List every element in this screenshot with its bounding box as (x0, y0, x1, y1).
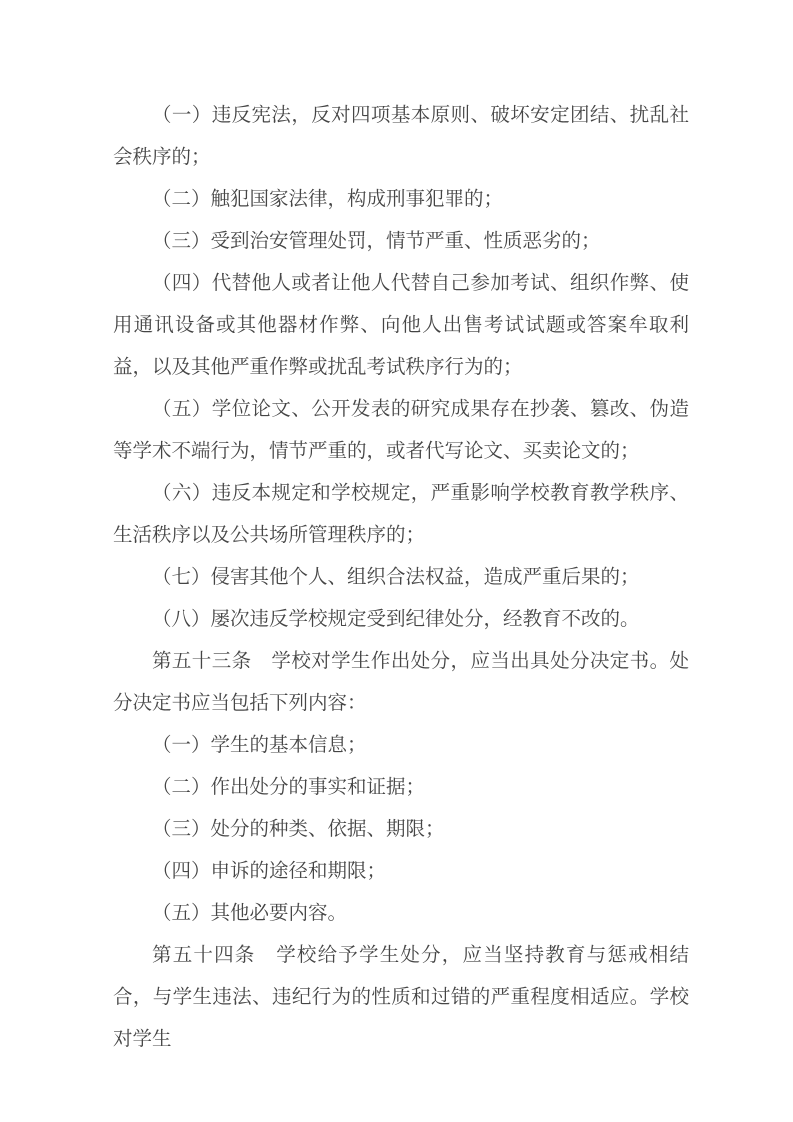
decision-item-4: （四）申诉的途径和期限； (113, 850, 689, 892)
clause-item-2: （二）触犯国家法律，构成刑事犯罪的； (113, 178, 689, 220)
clause-item-6: （六）违反本规定和学校规定，严重影响学校教育教学秩序、生活秩序以及公共场所管理秩… (113, 472, 689, 556)
decision-item-5: （五）其他必要内容。 (113, 892, 689, 934)
clause-item-7: （七）侵害其他个人、组织合法权益，造成严重后果的； (113, 556, 689, 598)
clause-item-5: （五）学位论文、公开发表的研究成果存在抄袭、篡改、伪造等学术不端行为，情节严重的… (113, 388, 689, 472)
clause-item-3: （三）受到治安管理处罚，情节严重、性质恶劣的； (113, 220, 689, 262)
decision-item-3: （三）处分的种类、依据、期限； (113, 808, 689, 850)
document-body: （一）违反宪法，反对四项基本原则、破坏安定团结、扰乱社会秩序的； （二）触犯国家… (113, 94, 689, 1060)
clause-item-1: （一）违反宪法，反对四项基本原则、破坏安定团结、扰乱社会秩序的； (113, 94, 689, 178)
clause-item-8: （八）屡次违反学校规定受到纪律处分，经教育不改的。 (113, 598, 689, 640)
article-53-paragraph: 第五十三条 学校对学生作出处分，应当出具处分决定书。处分决定书应当包括下列内容： (113, 640, 689, 724)
decision-item-2: （二）作出处分的事实和证据； (113, 766, 689, 808)
document-page: （一）违反宪法，反对四项基本原则、破坏安定团结、扰乱社会秩序的； （二）触犯国家… (0, 0, 793, 1122)
clause-item-4: （四）代替他人或者让他人代替自己参加考试、组织作弊、使用通讯设备或其他器材作弊、… (113, 262, 689, 388)
decision-item-1: （一）学生的基本信息； (113, 724, 689, 766)
article-54-paragraph: 第五十四条 学校给予学生处分，应当坚持教育与惩戒相结合，与学生违法、违纪行为的性… (113, 934, 689, 1060)
